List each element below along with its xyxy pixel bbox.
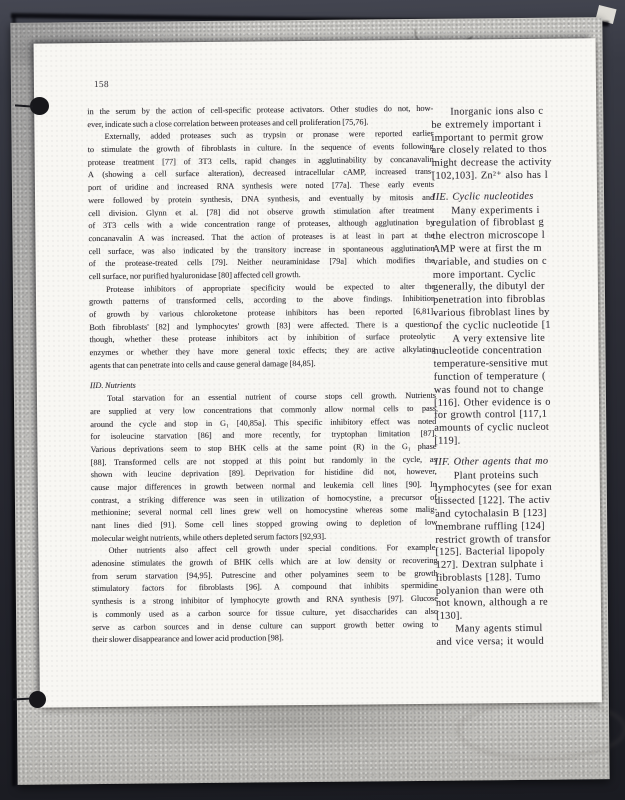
main-text-column: in the serum by the action of cell-speci… [87,103,438,647]
book-page: 158 in the serum by the action of cell-s… [34,38,602,707]
text-line: [102,103]. Zn²⁺ also has l [432,169,597,183]
text-line: agents that can penetrate into cells and… [90,357,436,373]
text-line: their slower disappearance and lower aci… [92,631,438,647]
section-heading: IIF. Other agents that mo [435,455,600,469]
page-number: 158 [94,79,109,89]
text-line: and vice versa; it would [436,635,601,649]
photocopy-sheet: 158 in the serum by the action of cell-s… [10,17,609,785]
section-heading: IIE. Cyclic nucleotides [432,190,597,204]
scan-smudge [457,699,625,761]
text-line: [119]. [434,434,599,448]
facing-page-text-column: Inorganic ions also cbe extremely import… [431,105,601,649]
scanned-book-page: 158 in the serum by the action of cell-s… [0,0,625,800]
